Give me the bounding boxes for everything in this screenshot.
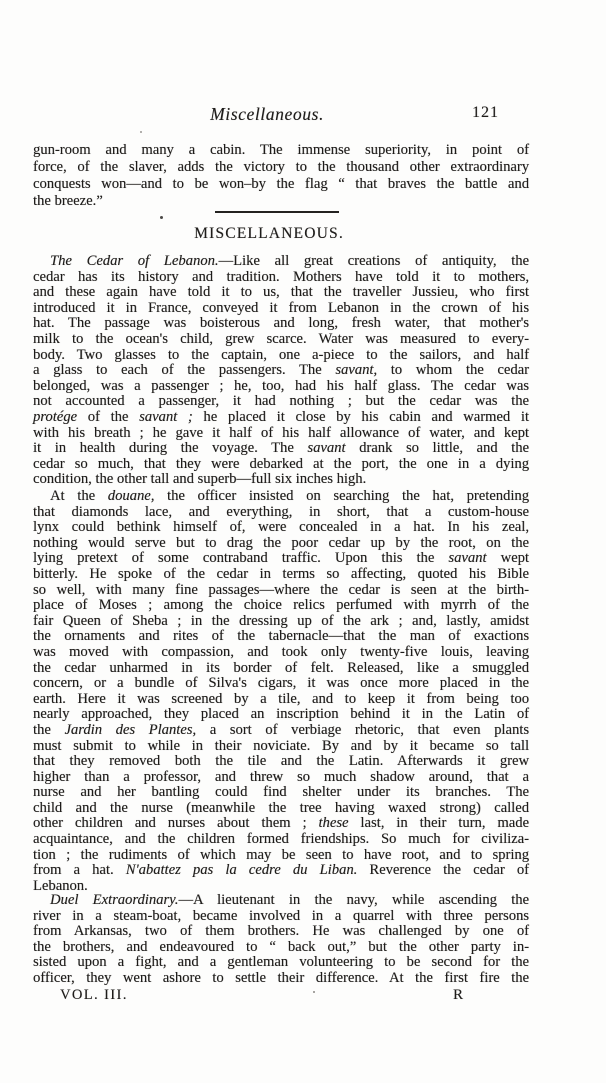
text-line: not accounted a passenger, it had nothin… bbox=[33, 394, 529, 410]
text-line: Duel Extraordinary.—A lieutenant in the … bbox=[33, 893, 529, 909]
text-line: earth. Here it was screened by a tile, a… bbox=[33, 692, 529, 708]
text-line: place of Moses ; among the choice relics… bbox=[33, 598, 529, 614]
text-line: nearly approached, they placed an inscri… bbox=[33, 707, 529, 723]
text-line: officer, they went ashore to settle thei… bbox=[33, 971, 529, 987]
text-line: condition, the other tall and superb—ful… bbox=[33, 472, 529, 488]
text-line: fair Queen of Sheba ; in the dressing up… bbox=[33, 614, 529, 630]
text-line: concern, or a bundle of Silva's cigars, … bbox=[33, 676, 529, 692]
text-line: cedar has its history and tradition. Mot… bbox=[33, 270, 529, 286]
scan-speck bbox=[313, 991, 315, 993]
text-line: milk to the ocean's child, grew scarce. … bbox=[33, 332, 529, 348]
italic-text: savant bbox=[448, 550, 486, 566]
text-line: belonged, was a passenger ; he, too, had… bbox=[33, 379, 529, 395]
text-line: it in health during the voyage. The sava… bbox=[33, 441, 529, 457]
page-footer: VOL. III. R bbox=[33, 987, 529, 1007]
text-line: tion ; the rudiments of which may be see… bbox=[33, 848, 529, 864]
section-heading: MISCELLANEOUS. bbox=[21, 225, 517, 243]
running-head: Miscellaneous. 121 bbox=[33, 104, 529, 126]
text-line: from Arkansas, two of them brothers. He … bbox=[33, 924, 529, 940]
text-line: introduced it in France, conveyed it fro… bbox=[33, 301, 529, 317]
italic-text: N'abattez pas la cedre du Liban. bbox=[126, 862, 358, 878]
text-line: the brothers, and endeavoured to “ back … bbox=[33, 940, 529, 956]
italic-text: savant bbox=[307, 440, 345, 456]
text-line: bitterly. He spoke of the cedar in terms… bbox=[33, 567, 529, 583]
text-line: lynx could bethink himself of, were conc… bbox=[33, 520, 529, 536]
text-line: cedar so much, that they were debarked a… bbox=[33, 457, 529, 473]
text-line: The Cedar of Lebanon.—Like all great cre… bbox=[33, 254, 529, 270]
text-line: that they removed both the tile and the … bbox=[33, 754, 529, 770]
text-line: sisted upon a fight, and a gentleman vol… bbox=[33, 955, 529, 971]
section-divider bbox=[215, 211, 339, 213]
text-line: a glass to each of the passengers. The s… bbox=[33, 363, 529, 379]
text-line: was moved with compassion, and took only… bbox=[33, 645, 529, 661]
text-line: gun-room and many a cabin. The immense s… bbox=[33, 142, 529, 159]
text-line: nothing would serve but to drag the poor… bbox=[33, 536, 529, 552]
text-line: child and the nurse (meanwhile the tree … bbox=[33, 801, 529, 817]
text-line: protége of the savant ; he placed it clo… bbox=[33, 410, 529, 426]
text-line: the Jardin des Plantes, a sort of verbia… bbox=[33, 723, 529, 739]
text-line: with his breath ; he gave it half of his… bbox=[33, 426, 529, 442]
text-line: force, of the slaver, adds the victory t… bbox=[33, 159, 529, 176]
text-line: and these again have told it to us, that… bbox=[33, 285, 529, 301]
paragraph-douane: At the douane, the officer insisted on s… bbox=[33, 489, 529, 894]
italic-text: savant, bbox=[335, 362, 377, 378]
italic-text: savant ; bbox=[139, 409, 193, 425]
page-number: 121 bbox=[472, 104, 499, 122]
text-line: nurse and her bantling could find shelte… bbox=[33, 785, 529, 801]
italic-text: protége bbox=[33, 409, 77, 425]
text-line: the ornaments and rites of the tabernacl… bbox=[33, 629, 529, 645]
scan-speck bbox=[160, 216, 163, 219]
volume-label: VOL. III. bbox=[60, 987, 128, 1004]
text-line: hat. The passage was boisterous and long… bbox=[33, 316, 529, 332]
text-line: body. Two glasses to the captain, one a-… bbox=[33, 348, 529, 364]
signature-mark: R bbox=[453, 987, 463, 1004]
text-line: other children and nurses about them ; t… bbox=[33, 816, 529, 832]
paragraph-cedar-of-lebanon: The Cedar of Lebanon.—Like all great cre… bbox=[33, 254, 529, 488]
text-line: the cedar unharmed in its border of felt… bbox=[33, 661, 529, 677]
italic-text: Jardin des Plantes, bbox=[64, 722, 196, 738]
text-line: the breeze.” bbox=[33, 193, 529, 210]
italic-text: douane, bbox=[108, 488, 155, 504]
text-line: must submit to while in their noviciate.… bbox=[33, 739, 529, 755]
text-line: higher than a professor, and threw so mu… bbox=[33, 770, 529, 786]
text-line: lying pretext of some contraband traffic… bbox=[33, 551, 529, 567]
italic-text: these bbox=[318, 815, 348, 831]
scan-speck bbox=[140, 131, 142, 133]
paragraph-duel-extraordinary: Duel Extraordinary.—A lieutenant in the … bbox=[33, 893, 529, 987]
book-page: Miscellaneous. 121 gun-room and many a c… bbox=[0, 0, 606, 1083]
text-line: so well, with many fine passages—where t… bbox=[33, 583, 529, 599]
text-line: conquests won—and to be won–by the flag … bbox=[33, 176, 529, 193]
text-line: that diamonds lace, and everything, in s… bbox=[33, 505, 529, 521]
paragraph-continuation: gun-room and many a cabin. The immense s… bbox=[33, 142, 529, 210]
italic-text: The Cedar of Lebanon. bbox=[50, 253, 219, 269]
italic-text: Duel Extraordinary. bbox=[50, 892, 178, 908]
text-line: acquaintance, and the children formed fr… bbox=[33, 832, 529, 848]
running-head-title: Miscellaneous. bbox=[19, 104, 515, 125]
text-line: At the douane, the officer insisted on s… bbox=[33, 489, 529, 505]
text-line: from a hat. N'abattez pas la cedre du Li… bbox=[33, 863, 529, 879]
text-line: river in a steam-boat, became involved i… bbox=[33, 909, 529, 925]
